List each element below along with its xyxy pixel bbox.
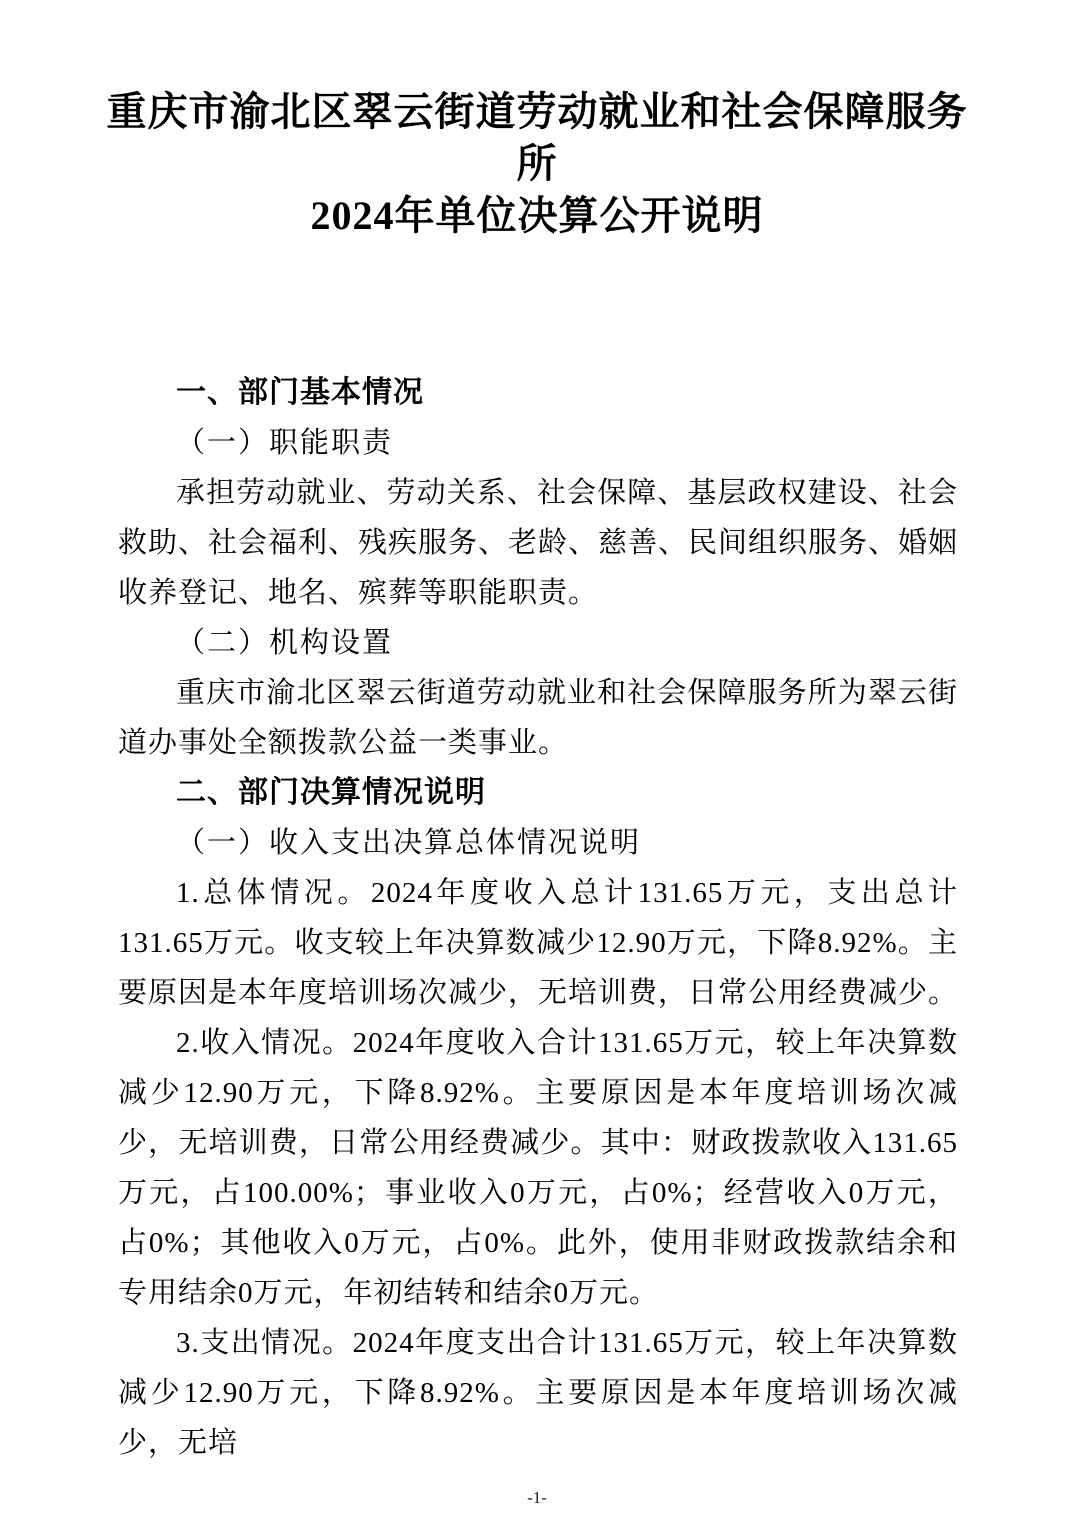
paragraph-functions-duties: 承担劳动就业、劳动关系、社会保障、基层政权建设、社会救助、社会福利、残疾服务、老… xyxy=(118,468,958,618)
document-body: 一、部门基本情况 （一）职能职责 承担劳动就业、劳动关系、社会保障、基层政权建设… xyxy=(118,242,958,1468)
sub-heading-functions-duties: （一）职能职责 xyxy=(118,418,958,468)
document-title: 重庆市渝北区翠云街道劳动就业和社会保障服务 所 2024年单位决算公开说明 xyxy=(0,0,1074,242)
page-number: -1- xyxy=(527,1488,547,1507)
document-page: 重庆市渝北区翠云街道劳动就业和社会保障服务 所 2024年单位决算公开说明 一、… xyxy=(0,0,1074,1520)
paragraph-income-situation: 2.收入情况。2024年度收入合计131.65万元，较上年决算数减少12.90万… xyxy=(118,1018,958,1318)
title-line-2: 所 xyxy=(0,138,1074,190)
title-line-1: 重庆市渝北区翠云街道劳动就业和社会保障服务 xyxy=(0,86,1074,138)
paragraph-overall-situation: 1.总体情况。2024年度收入总计131.65万元，支出总计131.65万元。收… xyxy=(118,868,958,1018)
paragraph-organization-setup: 重庆市渝北区翠云街道劳动就业和社会保障服务所为翠云街道办事处全额拨款公益一类事业… xyxy=(118,668,958,768)
sub-heading-income-expenditure-overview: （一）收入支出决算总体情况说明 xyxy=(118,818,958,868)
title-line-3: 2024年单位决算公开说明 xyxy=(0,190,1074,242)
section-heading-department-basic-info: 一、部门基本情况 xyxy=(118,368,958,418)
section-heading-final-accounts-explanation: 二、部门决算情况说明 xyxy=(118,768,958,818)
page-footer: -1- xyxy=(0,1488,1074,1508)
sub-heading-organization-setup: （二）机构设置 xyxy=(118,618,958,668)
paragraph-expenditure-situation: 3.支出情况。2024年度支出合计131.65万元，较上年决算数减少12.90万… xyxy=(118,1318,958,1468)
